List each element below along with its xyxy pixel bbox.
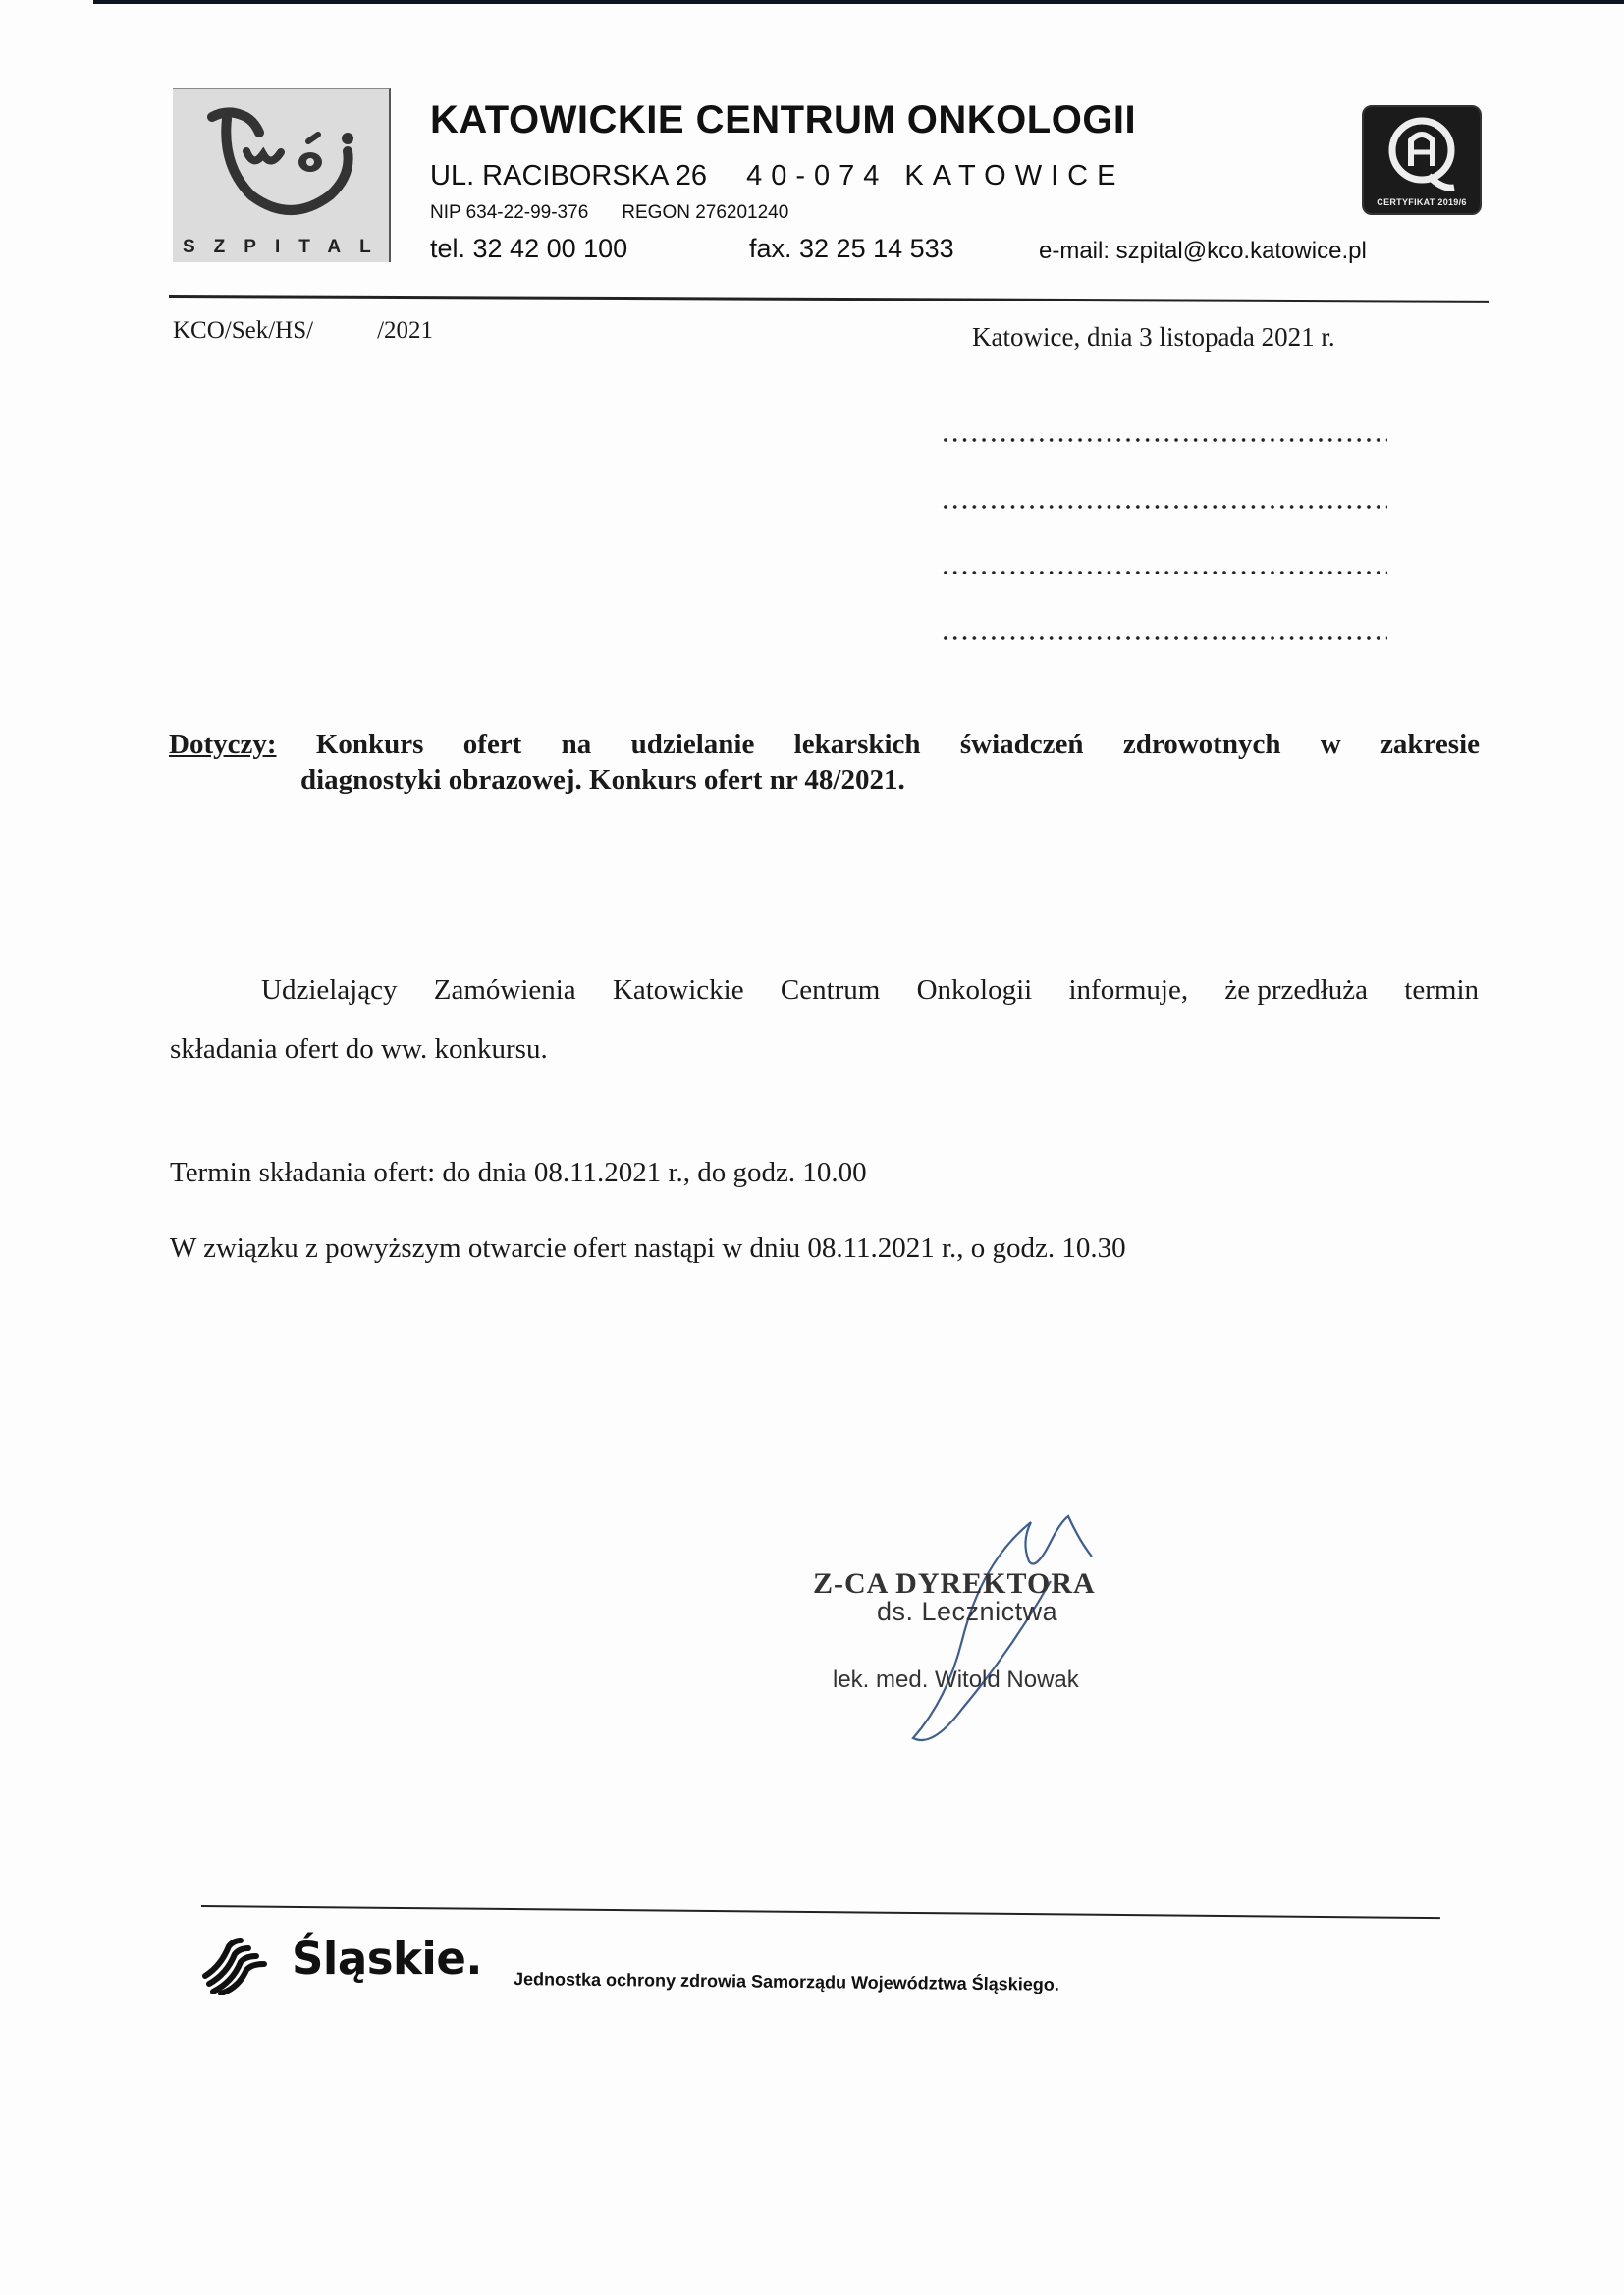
date-line: Katowice, dnia 3 listopada 2021 r.: [972, 322, 1335, 353]
regon: REGON 276201240: [622, 202, 788, 223]
recipient-line-4: [941, 635, 1387, 641]
reference-prefix: KCO/Sek/HS/: [173, 317, 313, 344]
signatory-title: Z-CA DYREKTORA: [813, 1567, 1096, 1601]
body-word: termin: [1404, 960, 1479, 1019]
phone: tel. 32 42 00 100: [430, 234, 627, 263]
body-word: Centrum: [781, 960, 881, 1019]
paragraph-line-2: składania ofert do ww. konkursu.: [170, 1019, 1479, 1078]
subject-word: udzielanie: [631, 727, 755, 762]
hospital-logo: SZPITAL: [173, 88, 391, 262]
contact-line: tel. 32 42 00 100 fax. 32 25 14 533 e-ma…: [430, 234, 1422, 264]
subject-word: w: [1321, 727, 1341, 762]
scan-top-edge: [93, 0, 1624, 4]
footer-divider: [201, 1905, 1440, 1919]
recipient-line-1: [941, 437, 1387, 443]
quality-certificate-badge: CERTYFIKAT 2019/6: [1362, 105, 1482, 215]
header-divider: [169, 295, 1489, 303]
street: UL. RACIBORSKA 26: [430, 160, 707, 191]
fax: fax. 32 25 14 533: [749, 234, 954, 264]
footer-text: Jednostka ochrony zdrowia Samorządu Woje…: [514, 1969, 1059, 1995]
email-link[interactable]: e-mail: szpital@kco.katowice.pl: [1039, 238, 1367, 265]
body-word: informuje,: [1068, 960, 1188, 1019]
paragraph-line-1: Udzielający Zamówienia Katowickie Centru…: [170, 960, 1479, 1019]
reference-number: KCO/Sek/HS//2021: [173, 317, 433, 345]
subject-word: zdrowotnych: [1123, 727, 1281, 762]
body-paragraph-1: Udzielający Zamówienia Katowickie Centru…: [170, 960, 1479, 1078]
reference-year: /2021: [377, 317, 433, 344]
subject-label: Dotyczy:: [169, 727, 277, 762]
twoj-smile-logo-icon: [183, 97, 379, 235]
subject-word: świadczeń: [960, 727, 1084, 762]
registry-ids: NIP 634-22-99-376REGON 276201240: [430, 202, 788, 224]
subject-word: ofert: [463, 727, 522, 762]
body-word: Onkologii: [917, 960, 1033, 1019]
address: UL. RACIBORSKA 2640-074 KATOWICE: [430, 160, 1124, 192]
body-word: Udzielający: [261, 960, 397, 1019]
slaskie-waves-icon: [201, 1937, 270, 1995]
subject-word: na: [562, 727, 592, 762]
certificate-label: CERTYFIKAT 2019/6: [1364, 197, 1480, 207]
body-word: Katowickie: [613, 960, 744, 1019]
opening-line: W związku z powyższym otwarcie ofert nas…: [170, 1232, 1126, 1265]
qa-certificate-icon: [1364, 111, 1480, 199]
postal-city: 40-074 KATOWICE: [746, 160, 1124, 191]
subject-word: zakresie: [1380, 727, 1480, 762]
subject-line-1: Dotyczy: Konkurs ofert na udzielanie lek…: [169, 727, 1480, 762]
deadline-line: Termin składania ofert: do dnia 08.11.20…: [170, 1157, 867, 1189]
subject-line-2: diagnostyki obrazowej. Konkurs ofert nr …: [169, 762, 1480, 797]
org-name: KATOWICKIE CENTRUM ONKOLOGII: [430, 98, 1136, 142]
recipient-line-2: [941, 504, 1387, 510]
subject-word: Konkurs: [316, 727, 424, 762]
subject-word: lekarskich: [794, 727, 921, 762]
body-word: że przedłuża: [1224, 960, 1368, 1019]
signatory-name: lek. med. Witold Nowak: [833, 1667, 1079, 1694]
logo-word: SZPITAL: [183, 237, 383, 258]
slaskie-brand: Śląskie.: [292, 1933, 482, 1985]
nip: NIP 634-22-99-376: [430, 202, 588, 223]
recipient-line-3: [941, 570, 1387, 575]
subject-block: Dotyczy: Konkurs ofert na udzielanie lek…: [169, 727, 1480, 797]
signatory-department: ds. Lecznictwa: [877, 1597, 1057, 1627]
body-word: Zamówienia: [434, 960, 576, 1019]
